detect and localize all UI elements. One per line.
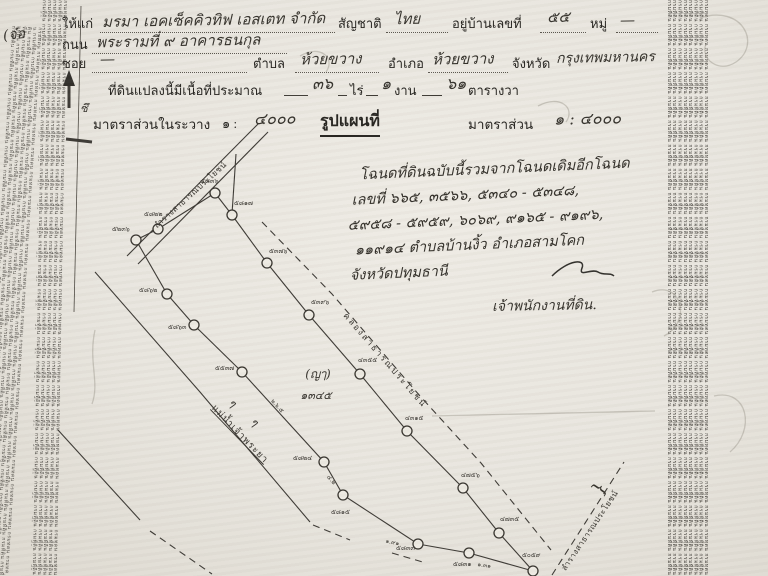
ngan-label: งาน: [394, 80, 417, 101]
boundary-marker: [528, 566, 538, 576]
boundary-marker: [227, 210, 237, 220]
house-no-value: ๕๕: [547, 5, 570, 29]
scale-in-sheet-prefix: ๑ :: [222, 113, 237, 134]
flourish-2: ๆ: [248, 415, 262, 429]
consolidation-note: โฉนดที่ดินฉบับนี้รวมจากโฉนดเดิมอีกโฉนด เ…: [345, 149, 690, 289]
boundary-marker-number: ๕๘๖๓: [168, 323, 187, 331]
segment-mark-3: ๑.๙๑: [385, 538, 400, 548]
soi-underline: [92, 71, 247, 73]
north-arrow-note: ซึ: [80, 102, 90, 115]
boundary-marker: [189, 320, 199, 330]
nationality-label: สัญชาติ: [338, 13, 382, 34]
boundary-marker-number: ๔๓๕๕: [358, 356, 377, 364]
flourish-1: ๆ: [226, 396, 240, 410]
boundary-marker-number: ๕๘๒๔: [293, 454, 312, 462]
boundary-marker: [210, 188, 220, 198]
area-rule-1: [284, 94, 308, 96]
boundary-marker: [355, 369, 365, 379]
house-no-label: อยู่บ้านเลขที่: [452, 13, 522, 34]
scale-tick: [66, 139, 92, 142]
annotation-1: (ญๅ): [305, 367, 331, 381]
changwat-value: กรุงเทพมหานคร: [556, 46, 655, 70]
segment-mark-4: ๑.๓๑: [477, 561, 492, 570]
tambon-label: ตำบล: [253, 53, 285, 74]
boundary-marker-number: ๕๕๓๗: [215, 364, 234, 372]
pencil-scribble-2: [652, 290, 681, 336]
tambon-underline: [295, 71, 379, 73]
boundary-marker-number: ๕๒๓๖: [112, 225, 130, 233]
boundary-marker-number: ๕๓๗๖: [269, 247, 287, 255]
area-rai-value: ๓๖: [312, 72, 334, 97]
boundary-marker: [304, 310, 314, 320]
boundary-marker-number: ๕๓๙๖: [311, 298, 329, 306]
annotation-2: ๑๓๔๕: [300, 389, 333, 402]
river-bank-cont: [313, 525, 350, 540]
boundary-marker-number: ๕๘๓๑: [453, 560, 472, 568]
segment-mark-2: ๔.๒: [325, 474, 337, 486]
map-title: รูปแผนที่: [320, 109, 380, 137]
wa-label: ตารางวา: [468, 80, 519, 101]
river-outer-bank: [58, 430, 140, 520]
area-wa-value: ๖๑: [446, 72, 467, 97]
tambon-value: ห้วยขวาง: [300, 46, 362, 71]
area-rule-2: [338, 94, 347, 96]
river-outer-cont: [150, 531, 212, 574]
boundary-marker-number: ๔๗๕๖: [461, 471, 480, 479]
boundary-marker: [494, 528, 504, 538]
boundary-marker: [131, 235, 141, 245]
river-bank: [95, 272, 310, 522]
pencil-scribble-6: [432, 411, 655, 416]
canal-label: คลองสาธารณประโยชน์: [341, 311, 429, 410]
boundary-marker: [458, 483, 468, 493]
pencil-scribble-5: [92, 330, 95, 404]
deed-document-page: กรมที่ดิน กรมที่ดิน กรมที่ดิน กรมที่ดิน …: [0, 0, 768, 576]
rai-label: ไร่: [350, 80, 364, 101]
river-label: แม่น้ำเจ้าพระยา: [209, 401, 272, 465]
pencil-scribble-1: [714, 395, 745, 452]
area-ngan-value: ๑: [381, 72, 392, 97]
boundary-marker: [402, 426, 412, 436]
area-rule-4: [422, 94, 442, 96]
ditch-bottom-label: ลำรางสาธารณประโยชน์: [559, 488, 620, 572]
pencil-scribble-0: [700, 15, 748, 66]
amphoe-value: ห้วยขวาง: [432, 46, 494, 71]
river-bank-cont2: [392, 553, 426, 563]
segment-mark-1: ๒.๖.๕: [269, 398, 285, 415]
road-label: ถนน: [62, 34, 88, 55]
changwat-label: จังหวัด: [512, 53, 550, 74]
amphoe-underline: [428, 71, 508, 73]
boundary-marker: [162, 289, 172, 299]
moo-label: หมู่: [590, 13, 607, 34]
given-to-label: ให้แก่: [62, 13, 93, 34]
scale-in-sheet-value: ๔๐๐๐: [254, 107, 296, 133]
boundary-marker-number: ๕๘๑๕: [331, 508, 350, 516]
road-value: พระรามที่ ๙ อาคารธนกุล: [96, 28, 261, 55]
boundary-marker: [319, 457, 329, 467]
ditch-bottom-edge: [552, 462, 624, 575]
boundary-marker: [262, 258, 272, 268]
area-rule-3: [366, 94, 378, 96]
map-scale-value: ๑ : ๔๐๐๐: [554, 106, 622, 132]
boundary-marker-number: ๕๐๕๙: [522, 551, 541, 559]
boundary-marker: [237, 367, 247, 377]
boundary-marker-number: ๕๘๖๒: [139, 286, 157, 294]
nationality-underline: [386, 31, 448, 33]
scale-in-sheet-label: มาตราส่วนในระวาง: [93, 113, 210, 135]
map-scale-label: มาตราส่วน: [468, 113, 533, 135]
boundary-marker: [338, 490, 348, 500]
area-label: ที่ดินแปลงนี้มีเนื้อที่ประมาณ: [108, 80, 262, 101]
moo-value: —: [620, 11, 635, 29]
moo-underline: [616, 31, 658, 33]
signer-title: เจ้าพนักงานที่ดิน.: [492, 294, 597, 318]
soi-value: —: [100, 50, 115, 68]
soi-label: ซอย: [62, 53, 86, 74]
boundary-marker-number: ๔๓๑๕: [405, 414, 423, 422]
boundary-marker-number: ๕๘๓๓: [396, 544, 415, 552]
boundary-marker-number: ๕๘๑๗: [234, 199, 253, 207]
ditch-top-edge-b: [138, 132, 268, 264]
nationality-value: ไทย: [394, 7, 421, 31]
amphoe-label: อำเภอ: [388, 53, 424, 74]
boundary-marker-number: ๔๗๓๕: [500, 515, 519, 523]
boundary-marker: [464, 548, 474, 558]
house-no-underline: [540, 31, 586, 33]
